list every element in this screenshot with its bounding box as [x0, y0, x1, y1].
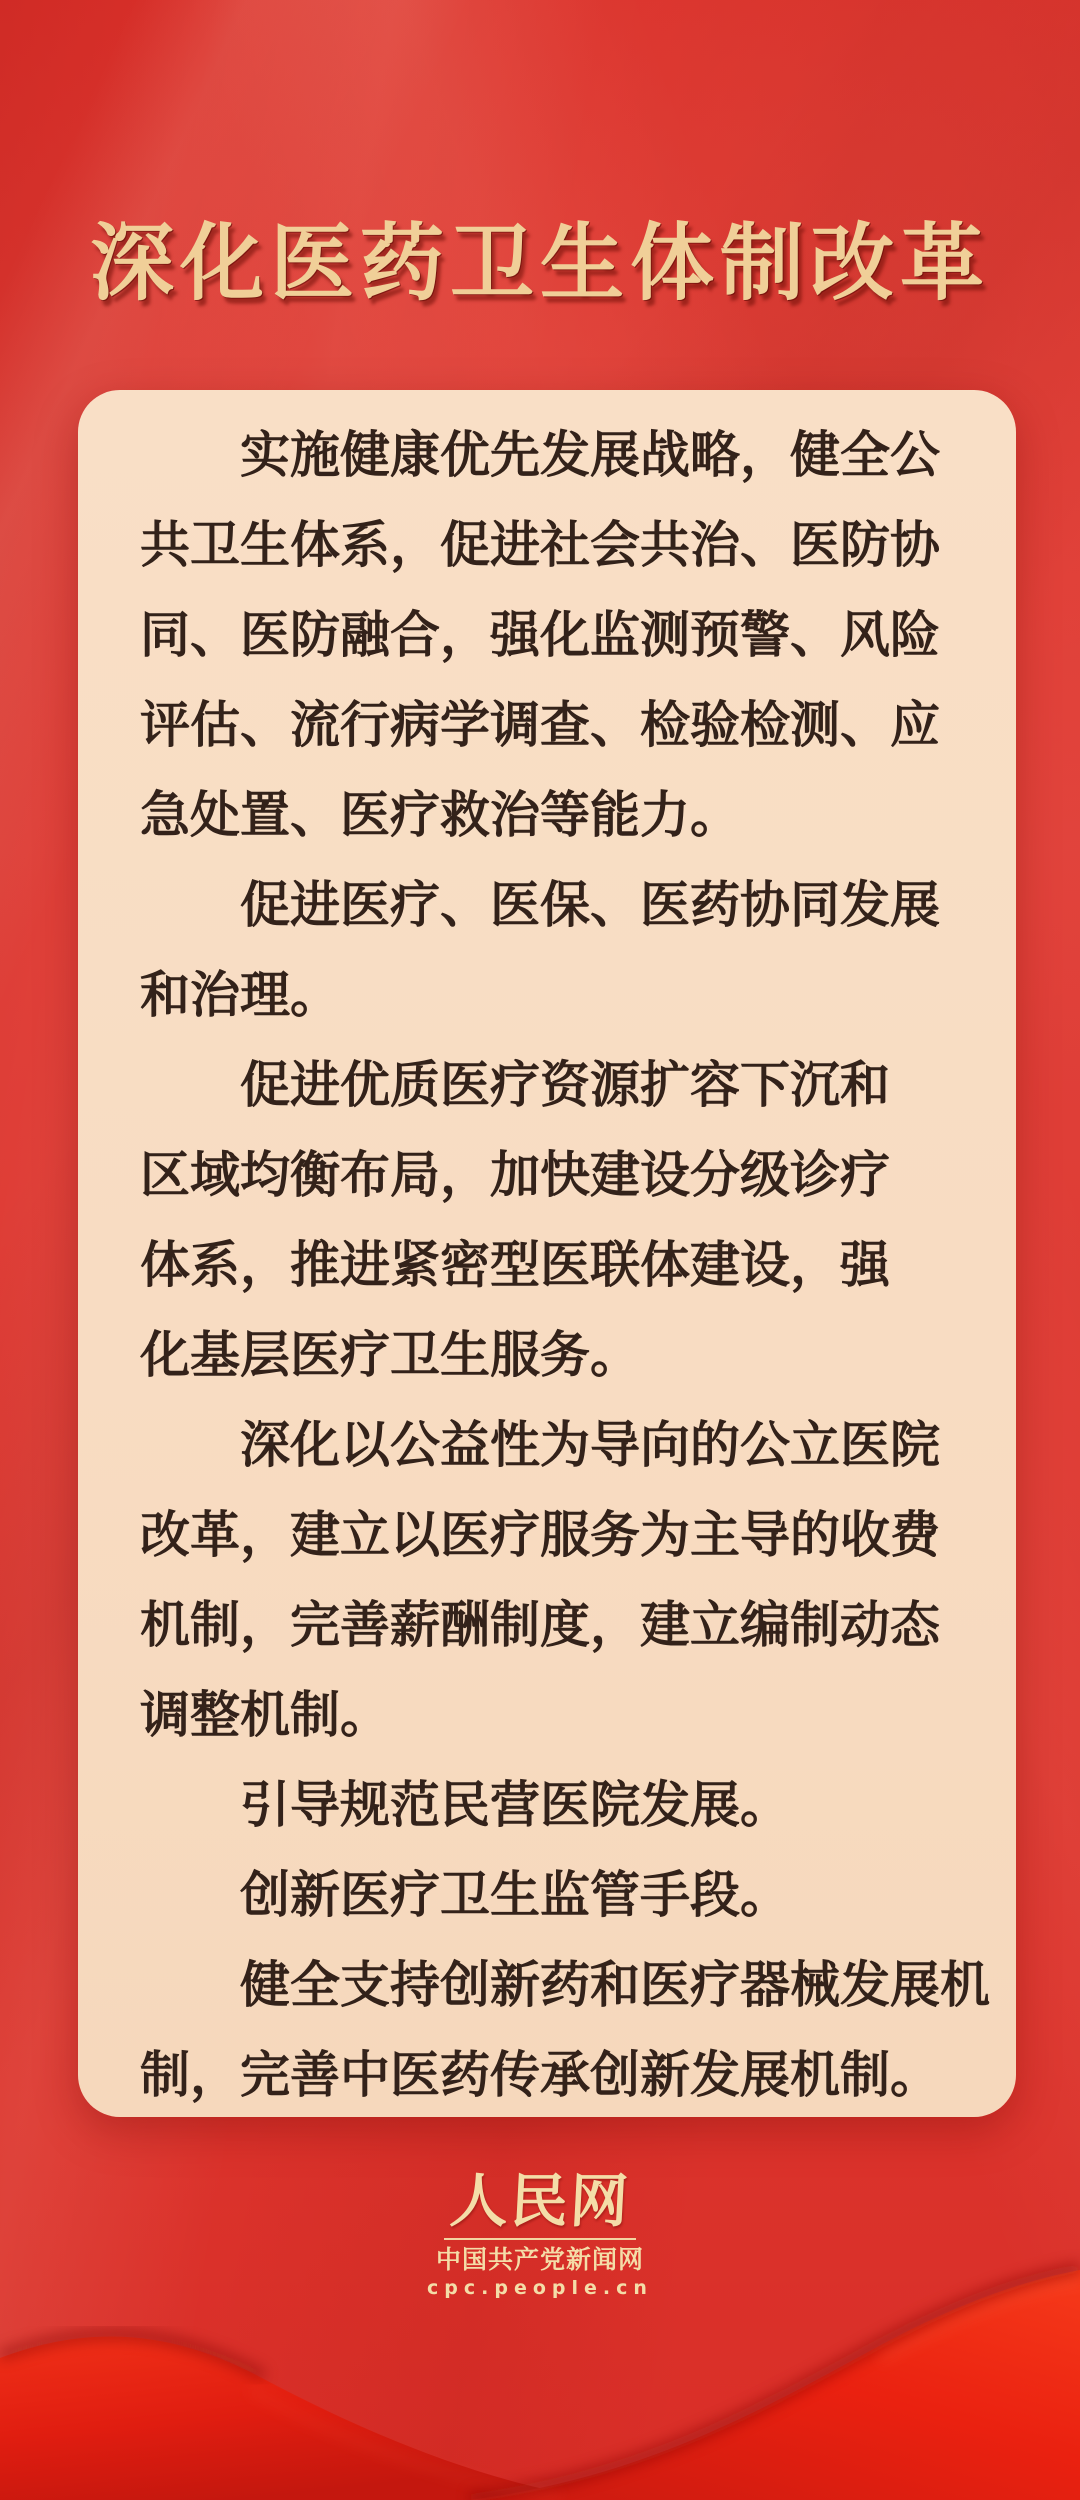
cpc-news-site-url: cpc.people.cn	[0, 2277, 1080, 2299]
cpc-news-site-name: 中国共产党新闻网	[0, 2246, 1080, 2274]
paragraph-public-health: 实施健康优先发展战略，健全公 共卫生体系，促进社会共治、医防协 同、医防融合，强…	[140, 410, 996, 860]
paragraph-private-hospitals: 引导规范民营医院发展。	[140, 1760, 996, 1850]
paragraph-supervision: 创新医疗卫生监管手段。	[140, 1850, 996, 1940]
footer-logo: 人民网 中国共产党新闻网 cpc.people.cn	[0, 2168, 1080, 2299]
paragraph-coordinated-development: 促进医疗、医保、医药协同发展 和治理。	[140, 860, 996, 1040]
logo-divider	[444, 2238, 636, 2240]
poster-title: 深化医药卫生体制改革	[0, 186, 1080, 326]
paragraph-resource-distribution: 促进优质医疗资源扩容下沉和 区域均衡布局，加快建设分级诊疗 体系，推进紧密型医联…	[140, 1040, 996, 1400]
content-card: 实施健康优先发展战略，健全公 共卫生体系，促进社会共治、医防协 同、医防融合，强…	[78, 390, 1016, 2117]
poster-root: { "poster": { "title": "深化医药卫生体制改革", "ca…	[0, 0, 1080, 2500]
paragraph-public-hospital-reform: 深化以公益性为导向的公立医院 改革，建立以医疗服务为主导的收费 机制，完善薪酬制…	[140, 1400, 996, 1760]
peoples-daily-logo: 人民网	[448, 2168, 631, 2234]
paragraph-innovation: 健全支持创新药和医疗器械发展机 制，完善中医药传承创新发展机制。	[140, 1940, 996, 2117]
